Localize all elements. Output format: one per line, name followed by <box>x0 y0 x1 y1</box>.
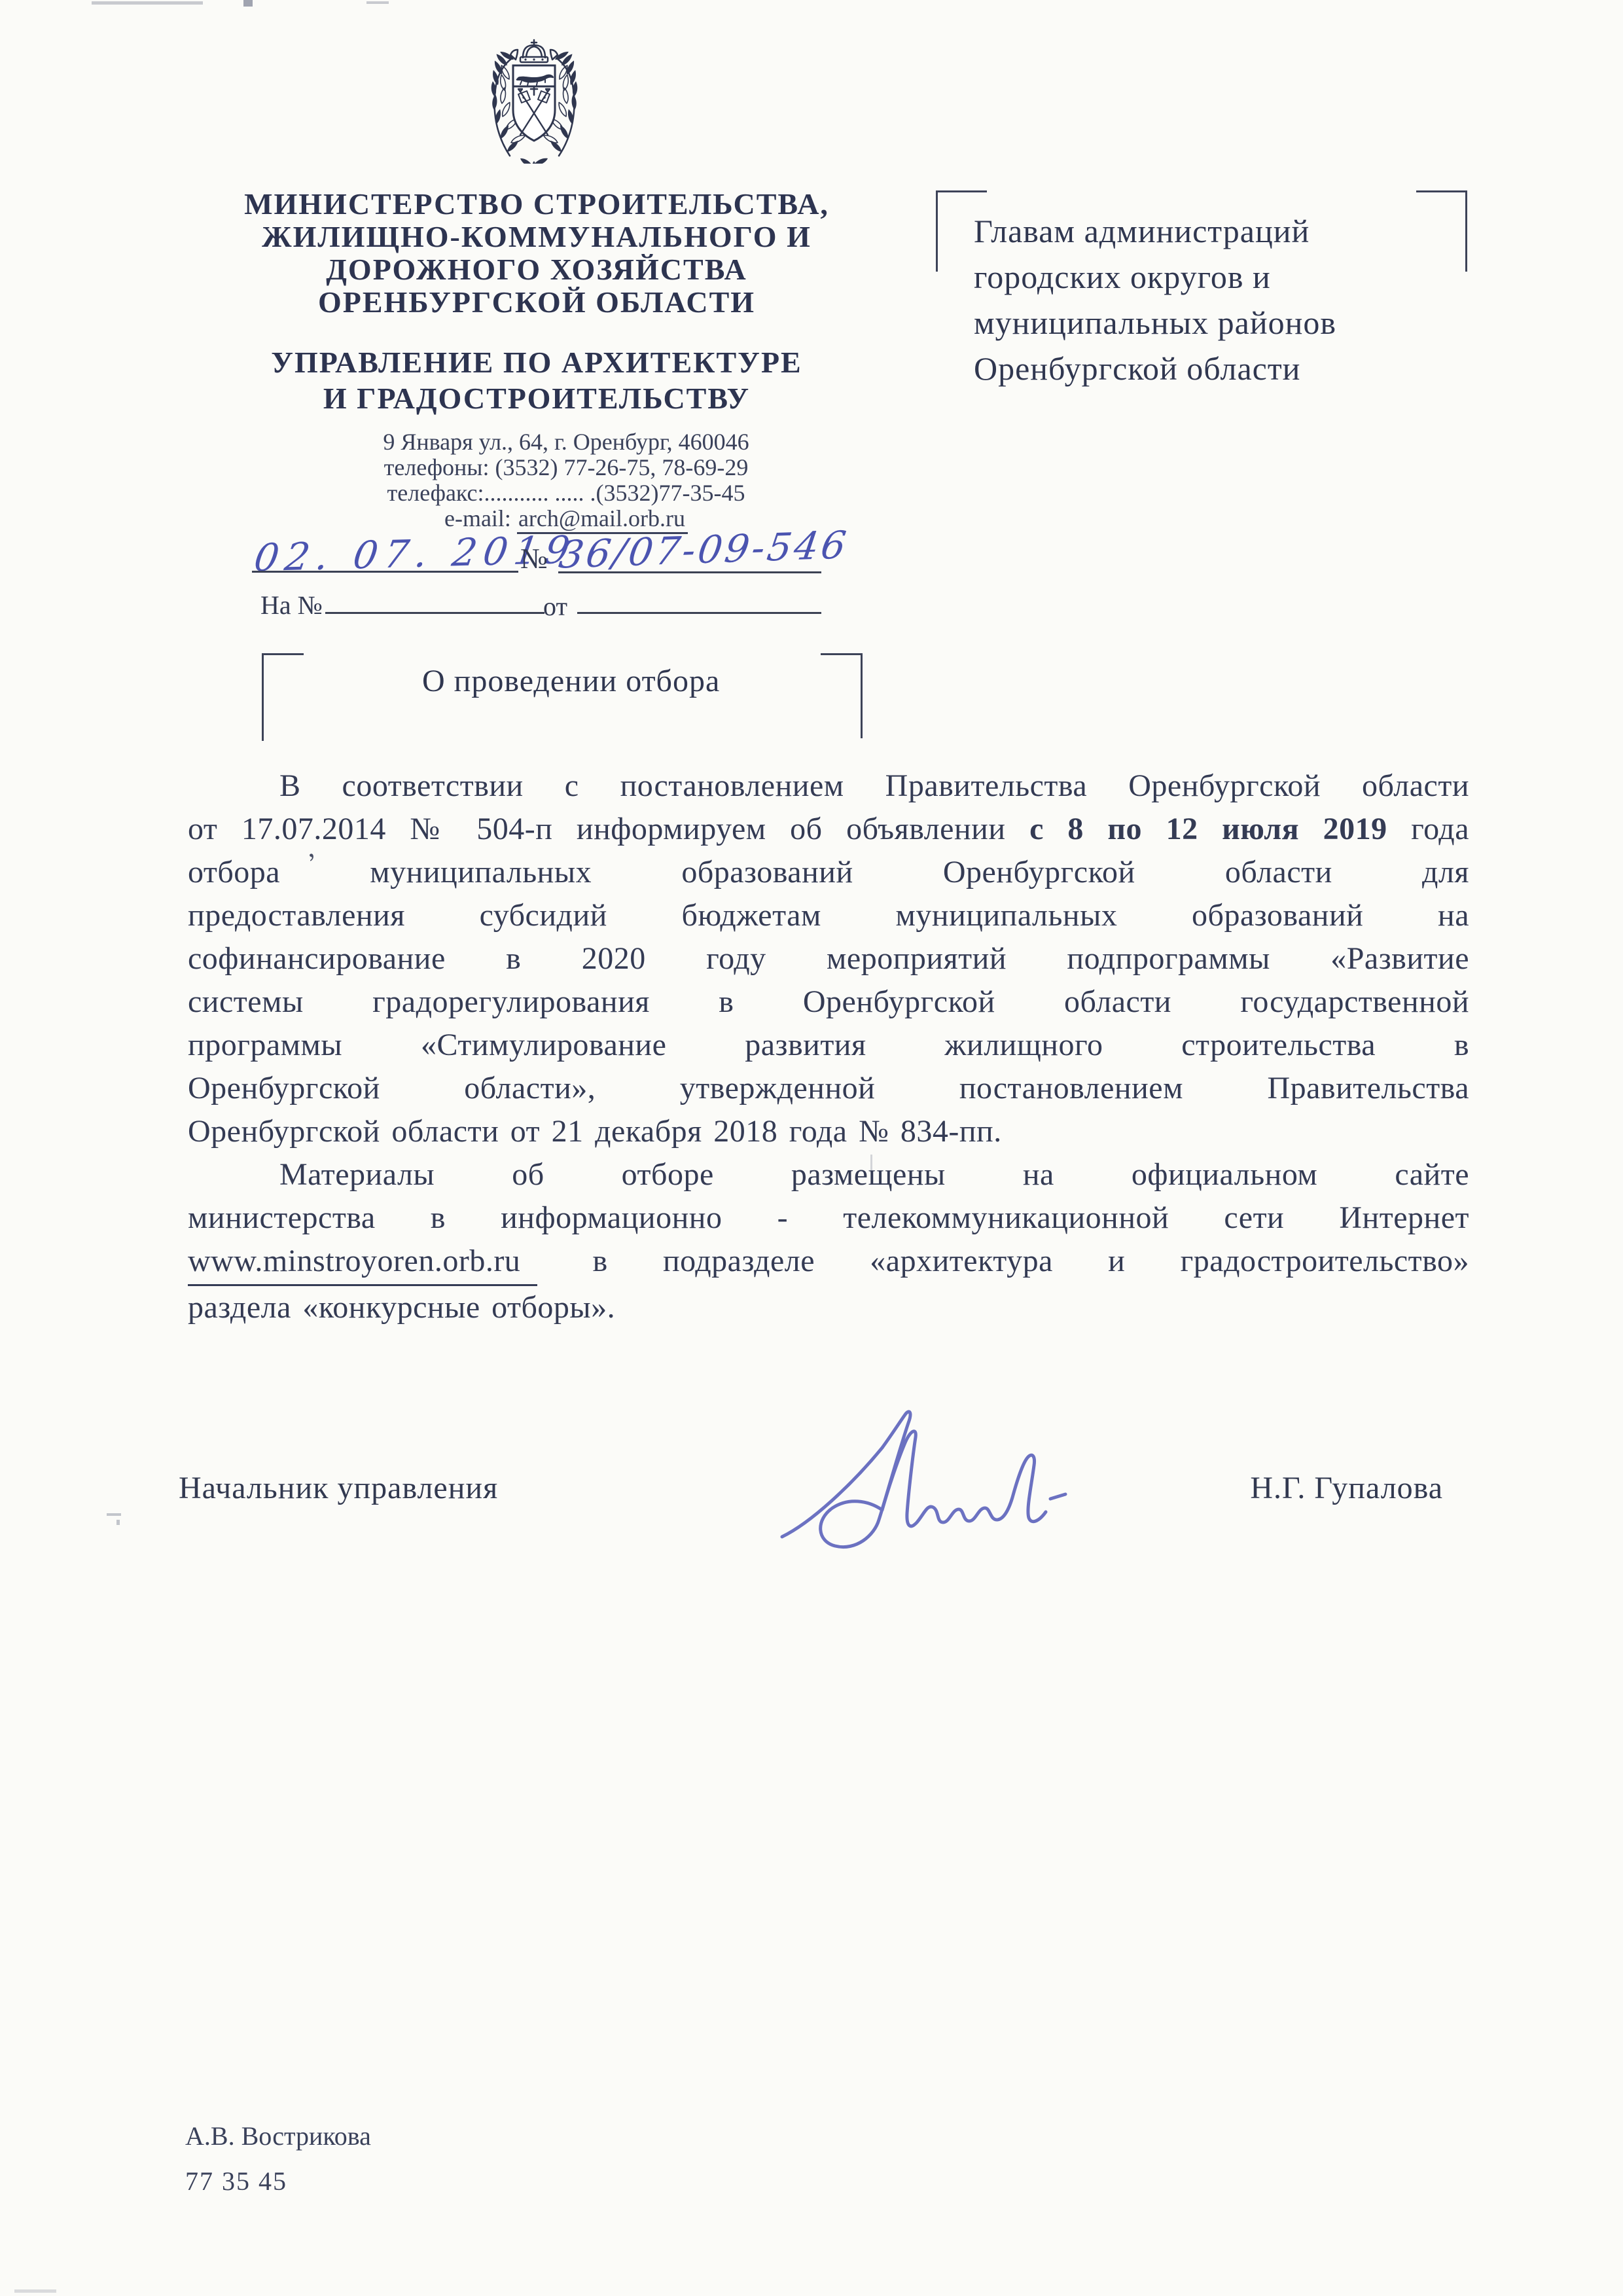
subject-corner-mark-right-v <box>861 653 863 738</box>
body-line: В соответствии с постановлением Правител… <box>188 764 1469 808</box>
email-label: e-mail: <box>444 505 517 531</box>
addressee-line: Оренбургской области <box>974 346 1510 391</box>
body-line: www.minstroyoren.orb.ru в подразделе «ар… <box>188 1240 1469 1286</box>
handwritten-signature-icon <box>753 1401 1080 1551</box>
scanned-letter-page: , <box>0 0 1623 2296</box>
ministry-line: ЖИЛИЩНО-КОММУНАЛЬНОГО И <box>216 221 857 253</box>
ot-rule-line <box>577 612 821 614</box>
executor-phone: 77 35 45 <box>185 2166 287 2197</box>
department-line: И ГРАДОСТРОИТЕЛЬСТВУ <box>216 380 857 416</box>
contact-block: 9 Января ул., 64, г. Оренбург, 460046 те… <box>249 429 883 531</box>
date-rule-line <box>252 571 518 573</box>
addressee-corner-mark-top-left-v <box>936 190 938 272</box>
postal-address: 9 Января ул., 64, г. Оренбург, 460046 <box>249 429 883 455</box>
scan-noise-left-margin <box>107 1513 121 1516</box>
outgoing-number-handwritten: 36/07-09-546 <box>556 522 851 577</box>
subject-corner-mark-left-v <box>262 653 264 741</box>
ot-label: от <box>543 591 567 622</box>
department-name-block: УПРАВЛЕНИЕ ПО АРХИТЕКТУРЕ И ГРАДОСТРОИТЕ… <box>216 344 857 416</box>
body-line: Оренбургской области», утвержденной пост… <box>188 1067 1469 1110</box>
body-line: от 17.07.2014 № 504-п информируем об объ… <box>188 808 1469 851</box>
letter-body: В соответствии с постановлением Правител… <box>188 764 1469 1329</box>
phones-line: телефоны: (3532) 77-26-75, 78-69-29 <box>249 455 883 480</box>
body-line: софинансирование в 2020 году мероприятий… <box>188 937 1469 980</box>
department-line: УПРАВЛЕНИЕ ПО АРХИТЕКТУРЕ <box>216 344 857 380</box>
body-line: системы градорегулирования в Оренбургско… <box>188 980 1469 1024</box>
scan-noise-top-1 <box>92 1 203 5</box>
na-no-rule-line <box>325 612 544 614</box>
number-sign: № <box>520 542 548 575</box>
signer-name: Н.Г. Гупалова <box>1116 1470 1443 1506</box>
scan-noise-left-margin-2 <box>116 1520 120 1525</box>
executor-name: А.В. Вострикова <box>185 2121 371 2151</box>
scan-noise-bottom-edge <box>14 2289 56 2293</box>
number-rule-line <box>558 571 821 573</box>
addressee-corner-mark-top-right-h <box>1416 190 1467 192</box>
subject-line: О проведении отбора <box>422 663 720 699</box>
scan-noise-top-3 <box>366 1 389 4</box>
orenburg-coat-of-arms-icon <box>480 38 589 164</box>
addressee-line: Главам администраций <box>974 208 1510 254</box>
body-line: предоставления субсидий бюджетам муницип… <box>188 894 1469 937</box>
addressee-block: Главам администраций городских округов и… <box>974 208 1510 391</box>
body-line: министерства в информационно - телекомму… <box>188 1196 1469 1240</box>
body-line: отбора муниципальных образований Оренбур… <box>188 851 1469 894</box>
na-no-label: На № <box>260 590 323 620</box>
ministry-line: ОРЕНБУРГСКОЙ ОБЛАСТИ <box>216 286 857 319</box>
subject-corner-mark-right-h <box>821 653 863 655</box>
body-line: Материалы об отборе размещены на официал… <box>188 1153 1469 1196</box>
body-line: программы «Стимулирование развития жилищ… <box>188 1024 1469 1067</box>
ministry-name-block: МИНИСТЕРСТВО СТРОИТЕЛЬСТВА, ЖИЛИЩНО-КОММ… <box>216 188 857 319</box>
body-line: раздела «конкурсные отборы». <box>188 1286 1469 1329</box>
subject-corner-mark-left-h <box>262 653 304 655</box>
ministry-line: МИНИСТЕРСТВО СТРОИТЕЛЬСТВА, <box>216 188 857 221</box>
signer-position-title: Начальник управления <box>179 1470 498 1506</box>
addressee-line: муниципальных районов <box>974 300 1510 346</box>
addressee-corner-mark-top-left-h <box>936 190 987 192</box>
addressee-line: городских округов и <box>974 254 1510 300</box>
body-line: Оренбургской области от 21 декабря 2018 … <box>188 1110 1469 1153</box>
fax-line: телефакс:........... ..... .(3532)77-35-… <box>249 480 883 506</box>
ministry-line: ДОРОЖНОГО ХОЗЯЙСТВА <box>216 253 857 286</box>
scan-noise-top-2 <box>243 0 253 7</box>
